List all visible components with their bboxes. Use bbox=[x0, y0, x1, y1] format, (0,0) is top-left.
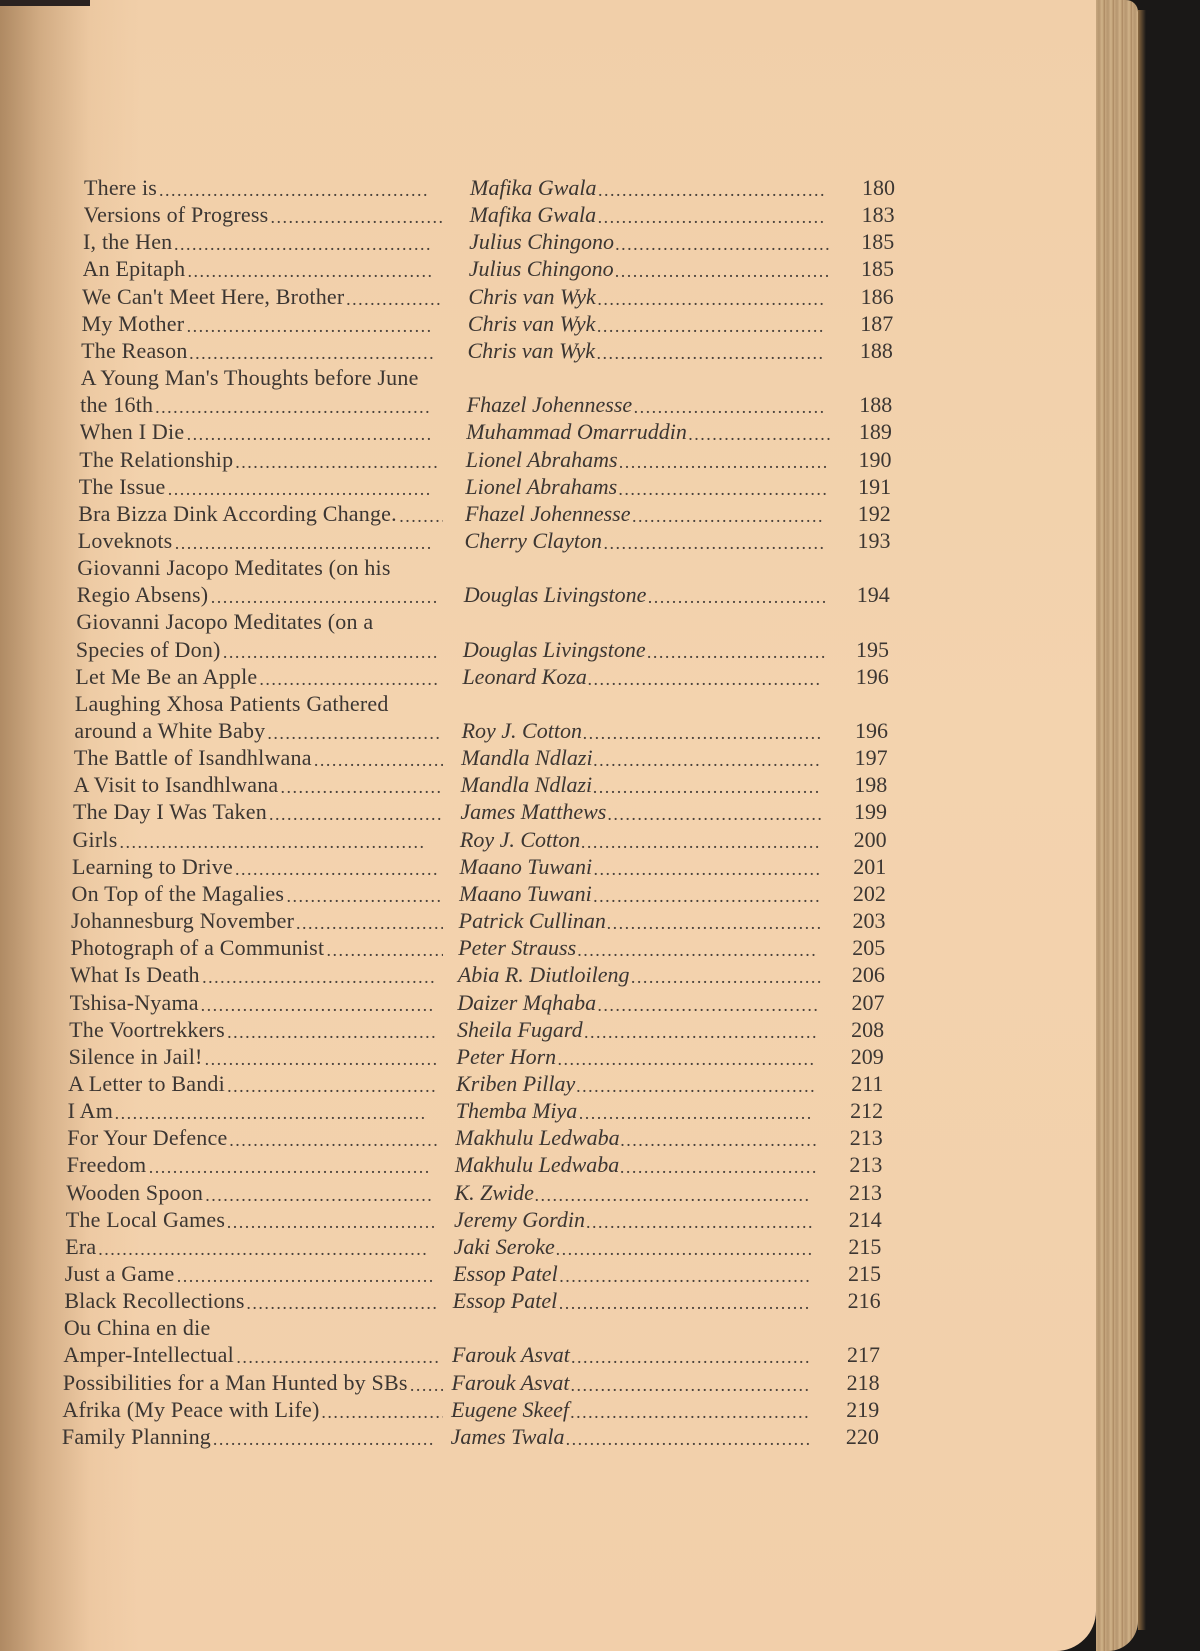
entry-title: What Is Death bbox=[70, 961, 200, 989]
entry-page-number[interactable]: 213 bbox=[822, 1179, 882, 1207]
entry-author: Maano Tuwani bbox=[459, 880, 592, 908]
entry-title: Laughing Xhosa Patients Gathered bbox=[75, 690, 389, 718]
entry-author: Peter Horn bbox=[457, 1043, 557, 1071]
entry-author: Eugene Skeef bbox=[451, 1396, 569, 1424]
title-leader-dots: ....................................... bbox=[202, 963, 443, 991]
entry-title: Wooden Spoon bbox=[66, 1179, 203, 1207]
entry-author: Fhazel Johennesse bbox=[465, 500, 631, 528]
title-leader-dots: ..................................... bbox=[213, 1425, 443, 1453]
entry-author: Essop Patel bbox=[453, 1260, 558, 1288]
title-leader-dots: ................................... bbox=[227, 1072, 442, 1100]
toc-entry-line: the 16th................................… bbox=[0, 391, 1000, 419]
author-leader-dots: ................................... bbox=[618, 475, 830, 503]
title-leader-dots: ............................. bbox=[271, 203, 443, 231]
title-leader-dots: ................................... bbox=[227, 1208, 443, 1236]
entry-title: There is bbox=[84, 174, 157, 202]
title-leader-dots: ................................ bbox=[246, 1289, 442, 1317]
toc-entry-line: Afrika (My Peace with Life).............… bbox=[0, 1396, 1000, 1424]
author-leader-dots: ........................................ bbox=[583, 719, 827, 747]
entry-page-number[interactable]: 219 bbox=[819, 1396, 879, 1424]
entry-page-number[interactable]: 200 bbox=[827, 826, 887, 854]
toc-entry-line: The Local Games.........................… bbox=[0, 1206, 1000, 1234]
entry-page-number[interactable]: 209 bbox=[824, 1043, 884, 1071]
author-leader-dots: ...................................... bbox=[594, 855, 826, 883]
toc-entry-line: The Relationship........................… bbox=[0, 446, 1000, 474]
entry-title: The Relationship bbox=[79, 446, 233, 474]
title-leader-dots: ....................................... bbox=[201, 991, 443, 1019]
author-leader-dots: ...................................... bbox=[593, 746, 826, 774]
toc-entry-line: Black Recollections.....................… bbox=[0, 1287, 1000, 1315]
toc-entry-line: When I Die..............................… bbox=[0, 418, 1000, 446]
toc-entry-line: Amper-Intellectual......................… bbox=[0, 1341, 1000, 1369]
title-leader-dots: ........................................… bbox=[98, 1235, 442, 1263]
table-of-contents: There is................................… bbox=[0, 0, 1000, 1651]
entry-page-number[interactable]: 186 bbox=[834, 283, 894, 311]
entry-author: Chris van Wyk bbox=[468, 310, 596, 338]
title-leader-dots: ................................... bbox=[229, 1126, 442, 1154]
entry-title: Species of Don) bbox=[76, 636, 221, 664]
entry-page-number[interactable]: 198 bbox=[827, 771, 887, 799]
entry-author: Daizer Mqhaba bbox=[457, 989, 596, 1017]
entry-title: Bra Bizza Dink According Change. bbox=[78, 500, 397, 528]
entry-page-number[interactable]: 192 bbox=[831, 500, 891, 528]
entry-author: Jaki Seroke bbox=[454, 1233, 555, 1261]
title-leader-dots: ............................. bbox=[269, 800, 443, 828]
author-leader-dots: ........................................ bbox=[576, 1072, 822, 1100]
toc-entry-line: The Voortrekkers........................… bbox=[0, 1016, 1000, 1044]
entry-title: For Your Defence bbox=[67, 1124, 227, 1152]
title-leader-dots: ...................... bbox=[314, 746, 443, 774]
entry-page-number[interactable]: 199 bbox=[827, 798, 887, 826]
entry-author: Kriben Pillay bbox=[456, 1070, 575, 1098]
author-leader-dots: ....................................... bbox=[584, 1018, 823, 1046]
entry-page-number[interactable]: 217 bbox=[820, 1341, 880, 1369]
author-leader-dots: ...................................... bbox=[598, 176, 834, 204]
entry-author: Peter Strauss bbox=[458, 934, 576, 962]
toc-entry-title-continuation: Ou China en die bbox=[0, 1314, 1000, 1342]
toc-entry-line: The Battle of Isandhlwana...............… bbox=[0, 744, 1000, 772]
entry-page-number[interactable]: 185 bbox=[834, 228, 894, 256]
toc-entry-line: Silence in Jail!........................… bbox=[0, 1043, 1000, 1071]
title-leader-dots: ........................................… bbox=[119, 828, 442, 856]
title-leader-dots: .................... bbox=[327, 936, 443, 964]
toc-entry-line: I Am....................................… bbox=[0, 1097, 1000, 1125]
entry-title: Giovanni Jacopo Meditates (on a bbox=[76, 608, 373, 636]
author-leader-dots: ........................................… bbox=[558, 1045, 823, 1073]
entry-title: Afrika (My Peace with Life) bbox=[62, 1396, 319, 1424]
entry-page-number[interactable]: 180 bbox=[835, 174, 895, 202]
entry-title: Amper-Intellectual bbox=[63, 1341, 234, 1369]
author-leader-dots: ...................................... bbox=[593, 773, 827, 801]
title-leader-dots: .......................... bbox=[287, 882, 443, 910]
entry-author: Leonard Koza bbox=[462, 663, 586, 691]
entry-title: My Mother bbox=[82, 310, 185, 338]
entry-page-number[interactable]: 190 bbox=[832, 446, 892, 474]
entry-page-number[interactable]: 191 bbox=[831, 473, 891, 501]
entry-author: Maano Tuwani bbox=[460, 853, 593, 881]
toc-entry-line: Possibilities for a Man Hunted by SBs...… bbox=[0, 1369, 1000, 1397]
entry-author: Roy J. Cotton bbox=[460, 826, 580, 854]
entry-title: A Visit to Isandhlwana bbox=[73, 771, 278, 799]
title-leader-dots: ...................................... bbox=[205, 1181, 442, 1209]
author-leader-dots: ................................. bbox=[620, 1126, 821, 1154]
entry-title: around a White Baby bbox=[74, 717, 265, 745]
entry-title: On Top of the Magalies bbox=[72, 880, 285, 908]
author-leader-dots: .................................... bbox=[607, 909, 825, 937]
toc-entry-line: Photograph of a Communist...............… bbox=[0, 934, 1000, 962]
entry-page-number[interactable]: 215 bbox=[821, 1233, 881, 1261]
title-leader-dots: .............................. bbox=[259, 665, 442, 693]
entry-page-number[interactable]: 215 bbox=[821, 1260, 881, 1288]
author-leader-dots: ................................... bbox=[619, 448, 831, 476]
entry-page-number[interactable]: 183 bbox=[835, 201, 895, 229]
entry-author: Chris van Wyk bbox=[468, 283, 596, 311]
title-leader-dots: ........................................… bbox=[187, 420, 443, 448]
entry-author: Roy J. Cotton bbox=[462, 717, 582, 745]
entry-title: A Young Man's Thoughts before June bbox=[81, 364, 419, 392]
entry-page-number[interactable]: 187 bbox=[833, 310, 893, 338]
title-leader-dots: .................................... bbox=[223, 638, 443, 666]
author-leader-dots: ........................................ bbox=[577, 936, 824, 964]
title-leader-dots: ......................... bbox=[296, 909, 443, 937]
author-leader-dots: ................................. bbox=[620, 1153, 822, 1181]
toc-entry-line: Era.....................................… bbox=[0, 1233, 1000, 1261]
toc-entry-line: The Reason..............................… bbox=[0, 337, 1000, 365]
entry-page-number[interactable]: 206 bbox=[825, 961, 885, 989]
entry-page-number[interactable]: 188 bbox=[832, 391, 892, 419]
entry-title: Girls bbox=[72, 826, 117, 854]
toc-entry-line: A Visit to Isandhlwana..................… bbox=[0, 771, 1000, 799]
entry-page-number[interactable]: 189 bbox=[832, 418, 892, 446]
title-leader-dots: ........................................… bbox=[188, 257, 443, 285]
entry-page-number[interactable]: 197 bbox=[828, 744, 888, 772]
entry-page-number[interactable]: 188 bbox=[833, 337, 893, 365]
entry-author: Fhazel Johennesse bbox=[467, 391, 633, 419]
entry-title: Tshisa-Nyama bbox=[70, 989, 199, 1017]
author-leader-dots: .................................... bbox=[615, 257, 833, 285]
entry-author: Mandla Ndlazi bbox=[461, 744, 592, 772]
toc-entry-line: An Epitaph..............................… bbox=[0, 255, 1000, 283]
title-leader-dots: ................. bbox=[346, 285, 443, 313]
entry-author: Abia R. Diutloileng bbox=[458, 961, 630, 989]
entry-author: Farouk Asvat bbox=[452, 1369, 570, 1397]
entry-title: When I Die bbox=[80, 418, 185, 446]
title-leader-dots: ...................................... bbox=[211, 583, 443, 611]
entry-page-number[interactable]: 195 bbox=[829, 636, 889, 664]
toc-entry-line: We Can't Meet Here, Brother.............… bbox=[0, 283, 1000, 311]
entry-title: The Issue bbox=[79, 473, 166, 501]
entry-title: Johannesburg November bbox=[71, 907, 294, 935]
author-leader-dots: ........................................… bbox=[556, 1235, 821, 1263]
entry-title: Versions of Progress bbox=[84, 201, 269, 229]
entry-author: Jeremy Gordin bbox=[454, 1206, 585, 1234]
entry-author: Patrick Cullinan bbox=[459, 907, 606, 935]
entry-title: Just a Game bbox=[65, 1260, 175, 1288]
title-leader-dots: ........................................… bbox=[177, 1262, 443, 1290]
entry-page-number[interactable]: 214 bbox=[822, 1206, 882, 1234]
author-leader-dots: ...................................... bbox=[597, 312, 832, 340]
title-leader-dots: .................................. bbox=[235, 448, 442, 476]
entry-author: Makhulu Ledwaba bbox=[455, 1124, 619, 1152]
author-leader-dots: .............................. bbox=[648, 583, 829, 611]
author-leader-dots: ........................................… bbox=[559, 1289, 820, 1317]
entry-title: Possibilities for a Man Hunted by SBs bbox=[63, 1369, 408, 1397]
author-leader-dots: ..................................... bbox=[604, 529, 830, 557]
entry-author: Douglas Livingstone bbox=[464, 581, 647, 609]
entry-title: We Can't Meet Here, Brother bbox=[82, 283, 344, 311]
toc-entry-line: The Day I Was Taken.....................… bbox=[0, 798, 1000, 826]
entry-title: Silence in Jail! bbox=[69, 1043, 203, 1071]
entry-author: Lionel Abrahams bbox=[465, 473, 617, 501]
entry-title: The Voortrekkers bbox=[69, 1016, 225, 1044]
entry-author: Mafika Gwala bbox=[470, 201, 597, 229]
entry-title: Let Me Be an Apple bbox=[75, 663, 257, 691]
toc-entry-line: Species of Don).........................… bbox=[0, 636, 1000, 664]
toc-entry-line: There is................................… bbox=[0, 174, 1000, 202]
entry-author: K. Zwide bbox=[454, 1179, 533, 1207]
toc-entry-line: On Top of the Magalies..................… bbox=[0, 880, 1000, 908]
title-leader-dots: ........................................… bbox=[168, 475, 443, 503]
title-leader-dots: .................................. bbox=[235, 855, 443, 883]
entry-page-number[interactable]: 205 bbox=[825, 934, 885, 962]
title-leader-dots: ........................................… bbox=[187, 312, 443, 340]
title-leader-dots: ........................................… bbox=[159, 176, 443, 204]
entry-page-number[interactable]: 208 bbox=[824, 1016, 884, 1044]
entry-title: Family Planning bbox=[62, 1423, 211, 1451]
entry-author: Essop Patel bbox=[453, 1287, 558, 1315]
entry-page-number[interactable]: 207 bbox=[825, 989, 885, 1017]
author-leader-dots: ...................................... bbox=[597, 285, 832, 313]
entry-author: Cherry Clayton bbox=[465, 527, 603, 555]
author-leader-dots: ...................................... bbox=[586, 1208, 821, 1236]
entry-title: Ou China en die bbox=[64, 1314, 211, 1342]
entry-author: Muhammad Omarruddin bbox=[466, 418, 687, 446]
entry-author: Sheila Fugard bbox=[457, 1016, 583, 1044]
title-leader-dots: ....... bbox=[410, 1371, 443, 1399]
author-leader-dots: ....................................... bbox=[579, 1099, 822, 1127]
author-leader-dots: ........................................… bbox=[534, 1181, 821, 1209]
author-leader-dots: ........................................ bbox=[571, 1343, 819, 1371]
title-leader-dots: ..................... bbox=[321, 1398, 442, 1426]
title-leader-dots: ............................. bbox=[267, 719, 442, 747]
toc-entry-line: Just a Game.............................… bbox=[0, 1260, 1000, 1288]
entry-author: James Matthews bbox=[460, 798, 606, 826]
entry-title: The Local Games bbox=[66, 1206, 225, 1234]
toc-entry-line: Learning to Drive.......................… bbox=[0, 853, 1000, 881]
entry-page-number[interactable]: 201 bbox=[826, 853, 886, 881]
entry-page-number[interactable]: 213 bbox=[822, 1151, 882, 1179]
entry-author: Chris van Wyk bbox=[467, 337, 595, 365]
author-leader-dots: ........................................ bbox=[570, 1398, 818, 1426]
toc-entry-line: Let Me Be an Apple......................… bbox=[0, 663, 1000, 691]
author-leader-dots: ................................ bbox=[631, 963, 824, 991]
entry-page-number[interactable]: 196 bbox=[829, 663, 889, 691]
toc-entry-title-continuation: A Young Man's Thoughts before June bbox=[0, 364, 1000, 392]
toc-entry-line: For Your Defence........................… bbox=[0, 1124, 1000, 1152]
entry-title: Photograph of a Communist bbox=[71, 934, 325, 962]
toc-entry-line: A Letter to Bandi.......................… bbox=[0, 1070, 1000, 1098]
entry-page-number[interactable]: 216 bbox=[821, 1287, 881, 1315]
entry-author: Julius Chingono bbox=[469, 228, 614, 256]
entry-page-number[interactable]: 203 bbox=[826, 907, 886, 935]
entry-title: The Reason bbox=[81, 337, 187, 365]
title-leader-dots: ........................................… bbox=[174, 230, 443, 258]
author-leader-dots: ........................................… bbox=[566, 1425, 818, 1453]
author-leader-dots: ........................................… bbox=[559, 1262, 820, 1290]
author-leader-dots: ........................ bbox=[688, 420, 831, 448]
entry-title: Giovanni Jacopo Meditates (on his bbox=[77, 554, 390, 582]
entry-page-number[interactable]: 193 bbox=[830, 527, 890, 555]
toc-entry-line: Girls...................................… bbox=[0, 826, 1000, 854]
title-leader-dots: ........................................… bbox=[189, 339, 442, 367]
author-leader-dots: .............................. bbox=[647, 638, 828, 666]
entry-title: Black Recollections bbox=[64, 1287, 244, 1315]
author-leader-dots: ........................................ bbox=[581, 828, 826, 856]
author-leader-dots: ........................................ bbox=[571, 1371, 819, 1399]
entry-title: A Letter to Bandi bbox=[68, 1070, 225, 1098]
entry-page-number[interactable]: 220 bbox=[819, 1423, 879, 1451]
title-leader-dots: ........................................… bbox=[149, 1153, 443, 1181]
toc-entry-line: Family Planning.........................… bbox=[0, 1423, 1000, 1451]
entry-author: Themba Miya bbox=[456, 1097, 578, 1125]
toc-entry-line: What Is Death...........................… bbox=[0, 961, 1000, 989]
entry-title: Freedom bbox=[67, 1151, 147, 1179]
entry-title: The Battle of Isandhlwana bbox=[74, 744, 312, 772]
toc-entry-line: I, the Hen..............................… bbox=[0, 228, 1000, 256]
toc-entry-line: Bra Bizza Dink According Change.........… bbox=[0, 500, 1000, 528]
entry-title: Loveknots bbox=[78, 527, 173, 555]
toc-entry-title-continuation: Giovanni Jacopo Meditates (on his bbox=[0, 554, 1000, 582]
author-leader-dots: ..................................... bbox=[597, 991, 823, 1019]
entry-author: Douglas Livingstone bbox=[463, 636, 646, 664]
entry-author: Farouk Asvat bbox=[452, 1341, 570, 1369]
entry-page-number[interactable]: 218 bbox=[820, 1369, 880, 1397]
toc-entry-line: Loveknots...............................… bbox=[0, 527, 1000, 555]
toc-entry-line: Regio Absens)...........................… bbox=[0, 581, 1000, 609]
page-edges bbox=[1096, 0, 1138, 1651]
title-leader-dots: ........................................… bbox=[115, 1099, 443, 1127]
entry-page-number[interactable]: 196 bbox=[828, 717, 888, 745]
title-leader-dots: .................................. bbox=[236, 1343, 442, 1371]
entry-title: the 16th bbox=[80, 391, 153, 419]
toc-entry-line: The Issue...............................… bbox=[0, 473, 1000, 501]
toc-entry-line: Versions of Progress....................… bbox=[0, 201, 1000, 229]
toc-entry-line: Tshisa-Nyama............................… bbox=[0, 989, 1000, 1017]
toc-entry-line: Johannesburg November...................… bbox=[0, 907, 1000, 935]
author-leader-dots: ................................ bbox=[634, 393, 832, 421]
title-leader-dots: ....................................... bbox=[205, 1045, 443, 1073]
entry-author: James Twala bbox=[451, 1423, 565, 1451]
author-leader-dots: .................................... bbox=[607, 800, 826, 828]
toc-entry-line: Freedom.................................… bbox=[0, 1151, 1000, 1179]
entry-page-number[interactable]: 202 bbox=[826, 880, 886, 908]
toc-entry-title-continuation: Laughing Xhosa Patients Gathered bbox=[0, 690, 1000, 718]
author-leader-dots: .................................... bbox=[615, 230, 833, 258]
entry-title: An Epitaph bbox=[83, 255, 186, 283]
entry-title: I Am bbox=[68, 1097, 113, 1125]
entry-page-number[interactable]: 211 bbox=[823, 1070, 883, 1098]
entry-author: Mandla Ndlazi bbox=[461, 771, 592, 799]
title-leader-dots: ........................................… bbox=[155, 393, 442, 421]
author-leader-dots: ...................................... bbox=[596, 339, 831, 367]
entry-page-number[interactable]: 194 bbox=[830, 581, 890, 609]
entry-page-number[interactable]: 185 bbox=[834, 255, 894, 283]
toc-entry-title-continuation: Giovanni Jacopo Meditates (on a bbox=[0, 608, 1000, 636]
toc-entry-line: My Mother...............................… bbox=[0, 310, 1000, 338]
author-leader-dots: ...................................... bbox=[593, 882, 825, 910]
author-leader-dots: ....................................... bbox=[587, 665, 827, 693]
entry-page-number[interactable]: 212 bbox=[823, 1097, 883, 1125]
title-leader-dots: ........................... bbox=[280, 773, 442, 801]
toc-entry-line: Wooden Spoon............................… bbox=[0, 1179, 1000, 1207]
entry-author: Lionel Abrahams bbox=[466, 446, 618, 474]
entry-author: Mafika Gwala bbox=[470, 174, 597, 202]
entry-page-number[interactable]: 213 bbox=[823, 1124, 883, 1152]
title-leader-dots: ................................... bbox=[227, 1018, 442, 1046]
entry-title: Learning to Drive bbox=[72, 853, 233, 881]
title-leader-dots: ......... bbox=[399, 502, 442, 530]
entry-title: Regio Absens) bbox=[77, 581, 209, 609]
entry-title: I, the Hen bbox=[83, 228, 172, 256]
entry-title: The Day I Was Taken bbox=[73, 798, 267, 826]
author-leader-dots: ................................ bbox=[632, 502, 830, 530]
entry-title: Era bbox=[65, 1233, 96, 1261]
title-leader-dots: ........................................… bbox=[175, 529, 443, 557]
toc-entry-line: around a White Baby.....................… bbox=[0, 717, 1000, 745]
entry-author: Makhulu Ledwaba bbox=[455, 1151, 619, 1179]
entry-author: Julius Chingono bbox=[469, 255, 614, 283]
author-leader-dots: ...................................... bbox=[598, 203, 834, 231]
